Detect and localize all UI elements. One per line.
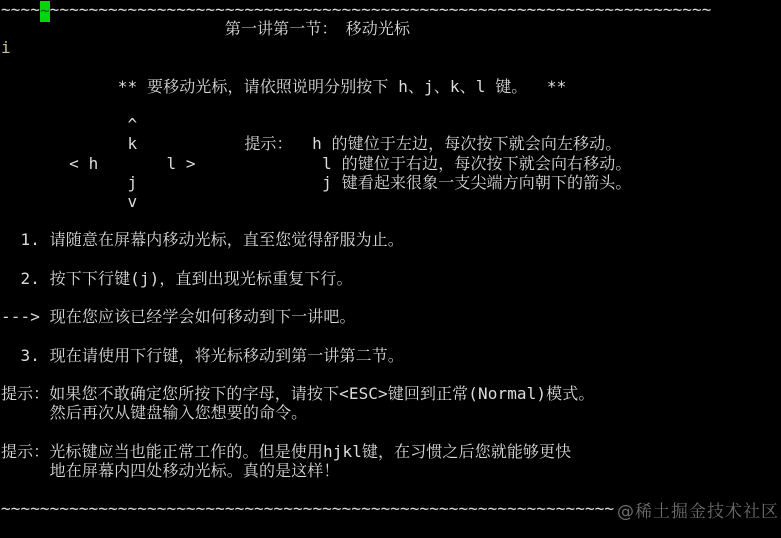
diagram-k-hint-line: k 提示： h 的键位于左边，每次按下就会向左移动。: [1, 134, 621, 154]
diagram-v-line: v: [1, 192, 137, 212]
tilde-rule-top: ~~~~~~~~~~~~~~~~~~~~~~~~~~~~~~~~~~~~~~~~…: [1, 0, 712, 20]
hint-esc-line-2: 然后再次从键盘输入您想要的命令。: [1, 403, 307, 423]
terminal-cursor: ~: [40, 1, 50, 22]
instruction-banner: ** 要移动光标，请依照说明分别按下 h、j、k、l 键。 **: [1, 77, 566, 97]
hint-esc-line-1: 提示：如果您不敢确定您所按下的字母，请按下<ESC>键回到正常(Normal)模…: [1, 384, 594, 404]
tilde-rule-bottom: ~~~~~~~~~~~~~~~~~~~~~~~~~~~~~~~~~~~~~~~~…: [1, 499, 614, 519]
hint-hjkl-line-1: 提示：光标键应当也能正常工作的。但是使用hjkl键，在习惯之后您就能够更快: [1, 442, 571, 462]
terminal-screen[interactable]: ~~~~~~~~~~~~~~~~~~~~~~~~~~~~~~~~~~~~~~~~…: [0, 0, 781, 538]
watermark: @稀土掘金技术社区: [617, 497, 779, 522]
lesson-title: 第一讲第一节： 移动光标: [1, 19, 410, 39]
diagram-caret-line: ^: [1, 115, 137, 135]
diagram-j-hint-line: j j 键看起来很象一支尖端方向朝下的箭头。: [1, 173, 631, 193]
arrow-note: ---> 现在您应该已经学会如何移动到下一讲吧。: [1, 307, 356, 327]
step-3: 3. 现在请使用下行键，将光标移动到第一讲第二节。: [1, 346, 404, 366]
diagram-hl-hint-line: < h l > l 的键位于右边，每次按下就会向右移动。: [1, 154, 631, 174]
step-2: 2. 按下下行键(j)，直到出现光标重复下行。: [1, 269, 353, 289]
step-1: 1. 请随意在屏幕内移动光标，直至您觉得舒服为止。: [1, 230, 404, 250]
hint-hjkl-line-2: 地在屏幕内四处移动光标。真的是这样！: [1, 461, 339, 481]
insert-mode-char: i: [1, 38, 11, 58]
